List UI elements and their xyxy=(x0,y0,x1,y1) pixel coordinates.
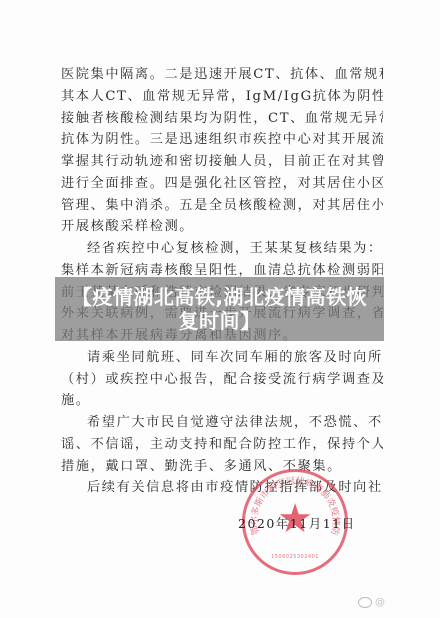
weibo-watermark: @ xyxy=(358,597,385,608)
title-overlay-banner: 【疫情湖北高铁,湖北疫情高铁恢复时间】 xyxy=(55,277,384,341)
paragraph-start-line: 请乘坐同航班、同车次同车厢的旅客及时向所在地社区 xyxy=(61,347,383,369)
document-date: 2020年11月11日 xyxy=(238,514,356,532)
paragraph-start-line: 希望广大市民自觉遵守法律法规，不恐慌、不造谣、不传 xyxy=(61,412,383,434)
text-line: 进行全面排查。四是强化社区管控，对其居住小区实行封闭式 xyxy=(61,173,383,195)
watermark-text: @ xyxy=(375,597,385,608)
text-line: 掌握其行动轨迹和密切接触人员，目前正在对其曾经活动场所 xyxy=(61,151,383,173)
document-page: 医院集中隔离。二是迅速开展CT、抗体、血常规和核酸检测， 其本人CT、血常规无异… xyxy=(0,0,440,618)
text-line: 施。 xyxy=(61,390,383,412)
weibo-icon xyxy=(358,597,372,608)
text-line: 医院集中隔离。二是迅速开展CT、抗体、血常规和核酸检测， xyxy=(61,64,383,86)
text-line: 管理、集中消杀。五是全员核酸检测，对其居住小区全体住户 xyxy=(61,195,383,217)
seal-code: 1506025302401 xyxy=(271,554,319,560)
overlay-title: 【疫情湖北高铁,湖北疫情高铁恢复时间】 xyxy=(70,285,370,333)
text-line: 其本人CT、血常规无异常，IgM/IgG抗体为阴性，3名家庭密切 xyxy=(61,86,383,108)
text-line: 接触者核酸检测结果均为阴性，CT、血常规无异常，IgM/IgG xyxy=(61,108,383,130)
text-line: （村）或疾控中心报告，配合接受流行病学调查及其他防控措 xyxy=(61,369,383,391)
text-line: 抗体为阴性。三是迅速组织市疾控中心对其开展流行病学调查， xyxy=(61,129,383,151)
text-line: 谣、不信谣，主动支持和配合防控工作，保持个人常规性防控 xyxy=(61,434,383,456)
paragraph-start-line: 经省疾控中心复核检测，王某某复核结果为：原样和新采 xyxy=(61,238,383,260)
text-line: 开展核酸采样检测。 xyxy=(61,216,383,238)
